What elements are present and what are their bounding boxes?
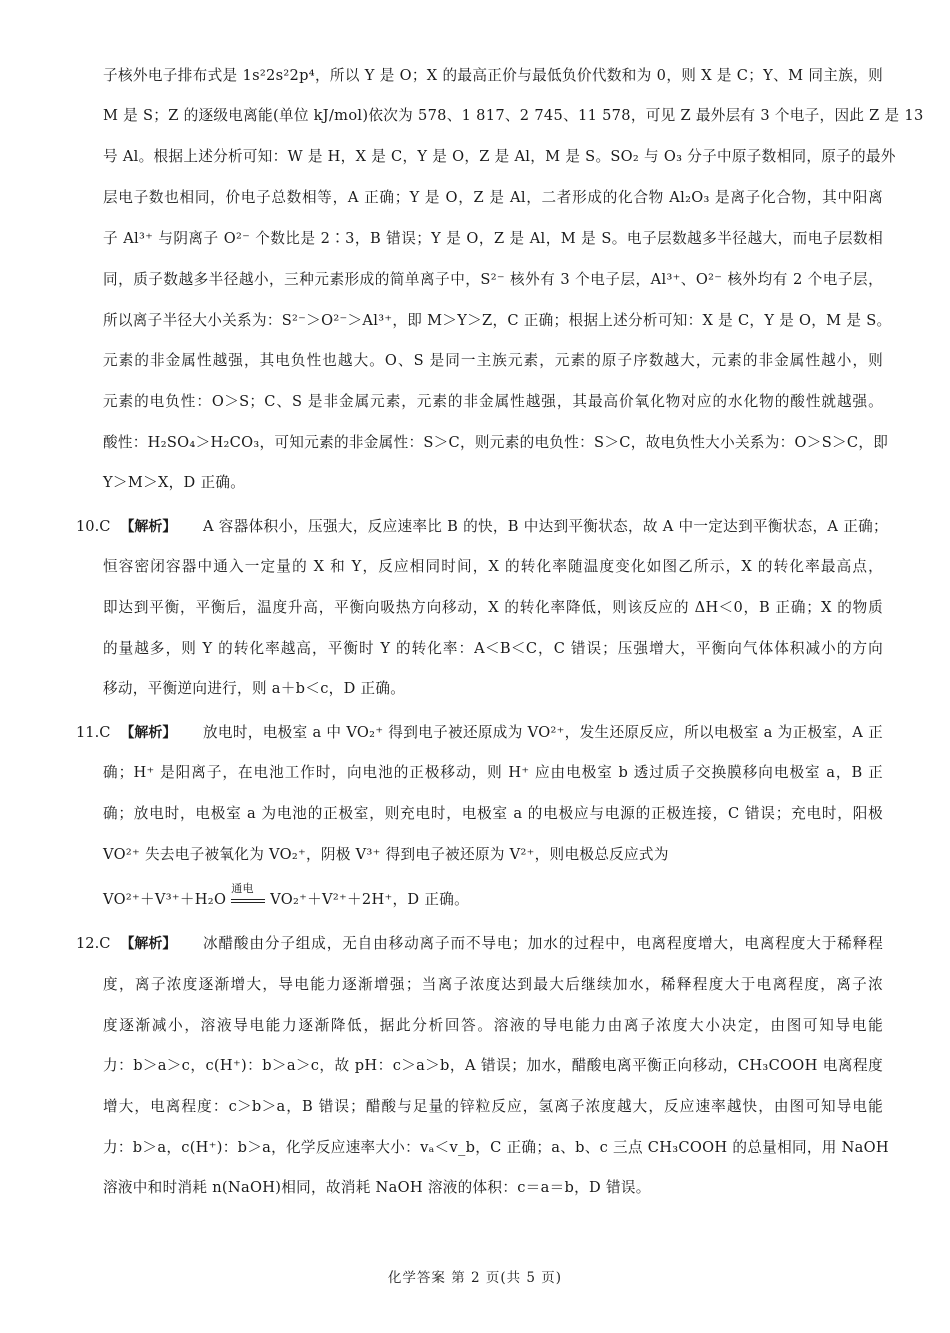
text-line: 度逐渐减小，溶液导电能力逐渐降低，据此分析回答。溶液的导电能力由离子浓度大小决定…	[103, 1016, 883, 1036]
text-line: 增大，电离程度：c＞b＞a，B 错误；醋酸与足量的锌粒反应，氢离子浓度越大，反应…	[103, 1097, 883, 1117]
text-line: 元素的非金属性越强，其电负性也越大。O、S 是同一主族元素，元素的原子序数越大，…	[103, 351, 883, 371]
double-line	[231, 899, 265, 903]
text-line: 子 Al³⁺ 与阴离子 O²⁻ 个数比是 2∶3，B 错误；Y 是 O，Z 是 …	[103, 229, 883, 249]
reaction-condition: 通电	[231, 883, 265, 895]
question-number: 11.C【解析】	[76, 723, 176, 743]
text-line: 放电时，电极室 a 中 VO₂⁺ 得到电子被还原成为 VO²⁺，发生还原反应，所…	[203, 723, 883, 743]
text-line: VO²⁺ 失去电子被氧化为 VO₂⁺，阴极 V³⁺ 得到电子被还原为 V²⁺，则…	[103, 845, 883, 865]
chemical-equation: VO²⁺＋V³⁺＋H₂O 通电 VO₂⁺＋V²⁺＋2H⁺，D 正确。	[103, 890, 883, 910]
text-line: 同，质子数越多半径越小，三种元素形成的简单离子中，S²⁻ 核外有 3 个电子层，…	[103, 270, 883, 290]
text-line: 酸性：H₂SO₄＞H₂CO₃，可知元素的非金属性：S＞C，则元素的电负性：S＞C…	[103, 433, 883, 453]
text-line: 的量越多，则 Y 的转化率越高，平衡时 Y 的转化率：A＜B＜C，C 错误；压强…	[103, 639, 883, 659]
equation-products: VO₂⁺＋V²⁺＋2H⁺，D 正确。	[270, 891, 469, 908]
analysis-tag: 【解析】	[120, 725, 176, 741]
text-line: 号 Al。根据上述分析可知：W 是 H，X 是 C，Y 是 O，Z 是 Al，M…	[103, 147, 883, 167]
text-line: 层电子数也相同，价电子总数相等，A 正确；Y 是 O，Z 是 Al，二者形成的化…	[103, 188, 883, 208]
equation-reactants: VO²⁺＋V³⁺＋H₂O	[103, 891, 226, 908]
question-number: 12.C【解析】	[76, 934, 176, 954]
text-line: 力：b＞a＞c，c(H⁺)：b＞a＞c，故 pH：c＞a＞b，A 错误；加水，醋…	[103, 1056, 883, 1076]
text-line: 子核外电子排布式是 1s²2s²2p⁴，所以 Y 是 O；X 的最高正价与最低负…	[103, 66, 883, 86]
text-line: 恒容密闭容器中通入一定量的 X 和 Y，反应相同时间，X 的转化率随温度变化如图…	[103, 557, 883, 577]
text-line: 即达到平衡，平衡后，温度升高，平衡向吸热方向移动，X 的转化率降低，则该反应的 …	[103, 598, 883, 618]
text-line: 所以离子半径大小关系为：S²⁻＞O²⁻＞Al³⁺，即 M＞Y＞Z，C 正确；根据…	[103, 311, 883, 331]
text-line: M 是 S；Z 的逐级电离能(单位 kJ/mol)依次为 578、1 817、2…	[103, 106, 883, 126]
text-line: 溶液中和时消耗 n(NaOH)相同，故消耗 NaOH 溶液的体积：c＝a＝b，D…	[103, 1178, 883, 1198]
text-line: 冰醋酸由分子组成，无自由移动离子而不导电；加水的过程中，电离程度增大，电离程度大…	[203, 934, 883, 954]
text-line: Y＞M＞X，D 正确。	[103, 473, 883, 493]
text-line: 确；H⁺ 是阳离子，在电池工作时，向电池的正极移动，则 H⁺ 应由电极室 b 透…	[103, 763, 883, 783]
text-line: 确；放电时，电极室 a 为电池的正极室，则充电时，电极室 a 的电极应与电源的正…	[103, 804, 883, 824]
question-number: 10.C【解析】	[76, 517, 176, 537]
analysis-tag: 【解析】	[120, 936, 176, 952]
answer-key: 12.C	[76, 935, 110, 952]
text-line: 力：b＞a，c(H⁺)：b＞a，化学反应速率大小：vₐ＜v_b，C 正确；a、b…	[103, 1138, 883, 1158]
answer-key: 10.C	[76, 518, 110, 535]
text-line: 移动，平衡逆向进行，则 a＋b＜c，D 正确。	[103, 679, 883, 699]
text-line: 度，离子浓度逐渐增大，导电能力逐渐增强；当离子浓度达到最大后继续加水，稀释程度大…	[103, 975, 883, 995]
analysis-tag: 【解析】	[120, 519, 176, 535]
reaction-arrow: 通电	[231, 897, 265, 903]
text-line: 元素的电负性：O＞S；C、S 是非金属元素，元素的非金属性越强，其最高价氧化物对…	[103, 392, 883, 412]
answer-key: 11.C	[76, 724, 110, 741]
answer-page: 子核外电子排布式是 1s²2s²2p⁴，所以 Y 是 O；X 的最高正价与最低负…	[0, 0, 950, 1333]
text-line: A 容器体积小，压强大，反应速率比 B 的快，B 中达到平衡状态，故 A 中一定…	[203, 517, 883, 537]
page-footer: 化学答案 第 2 页(共 5 页)	[0, 1266, 950, 1286]
